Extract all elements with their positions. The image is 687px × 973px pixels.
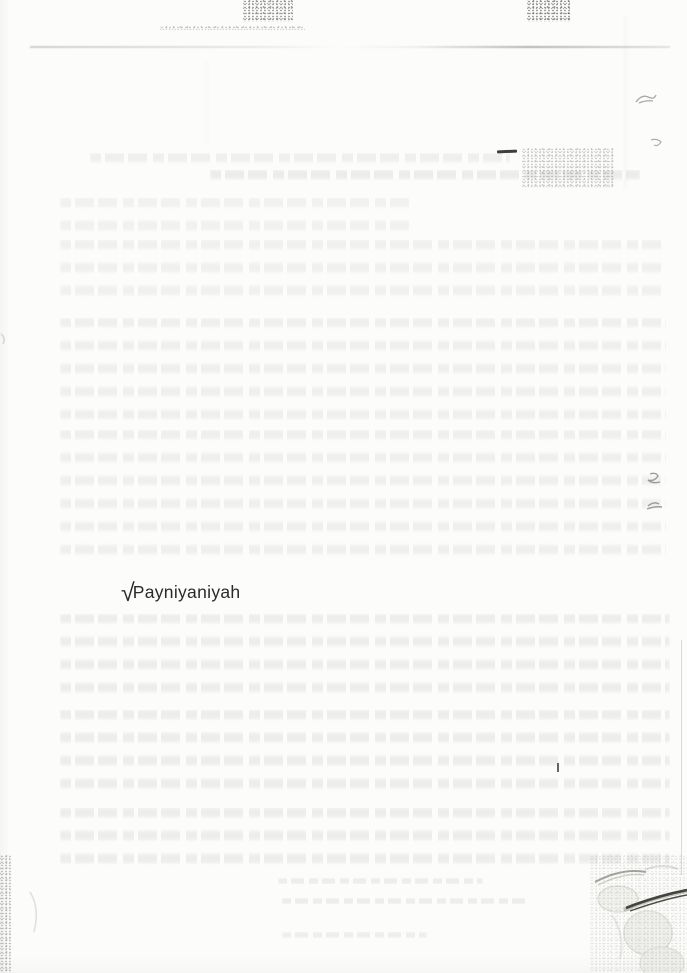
checked-word-annotation: √Payniyaniyah <box>121 581 240 606</box>
left-edge-mark <box>0 330 12 348</box>
ghost-text-block <box>60 614 670 706</box>
ghost-text-block <box>60 430 666 568</box>
ghost-footnote-line <box>282 932 427 938</box>
fold-line <box>30 46 670 48</box>
ghost-text-block <box>60 198 410 232</box>
scan-noise-patch <box>522 148 614 188</box>
scanned-document-page: √Payniyaniyah <box>0 0 687 973</box>
ghost-footnote-line <box>282 898 527 904</box>
stray-tick-mark <box>557 763 559 772</box>
ghost-text-block <box>90 153 510 167</box>
bottom-left-crease <box>24 890 48 935</box>
margin-pencil-mark <box>644 498 666 514</box>
ghost-footnote-line <box>278 878 483 884</box>
margin-pencil-mark <box>634 90 658 106</box>
scan-noise-blob <box>243 0 293 22</box>
corner-texture <box>590 855 687 973</box>
ghost-text-block <box>60 318 666 420</box>
dash-mark <box>497 150 517 154</box>
paper-edge-line <box>681 640 682 875</box>
crumpled-corner <box>590 855 687 973</box>
margin-pencil-mark <box>644 470 666 488</box>
scan-streak <box>206 60 208 145</box>
ghost-text-block <box>60 240 665 306</box>
ghost-text-block <box>60 808 670 870</box>
scan-edge-speckle <box>0 855 12 973</box>
checkmark-icon: √ <box>121 579 133 607</box>
scan-noise-blob <box>527 0 571 22</box>
scan-noise-dots-row <box>160 26 305 30</box>
ghost-text-block <box>60 710 670 802</box>
annotation-word: Payniyaniyah <box>133 582 241 602</box>
margin-pencil-mark <box>648 136 666 150</box>
scan-streak <box>624 15 627 190</box>
